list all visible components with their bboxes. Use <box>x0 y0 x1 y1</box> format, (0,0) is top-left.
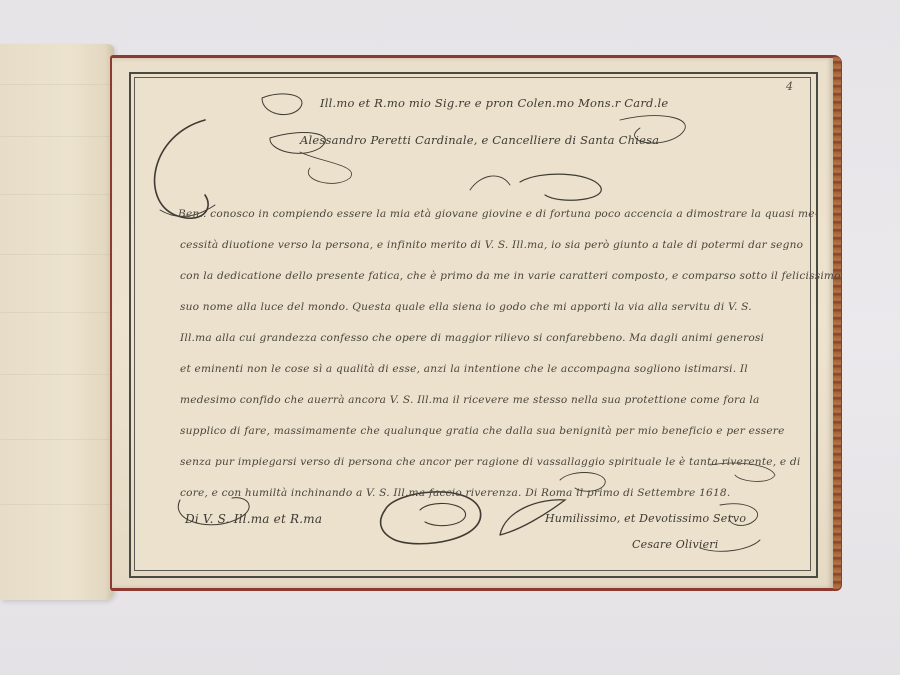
open-book: 4 Ill.mo et R.mo mio Sig.re e pron <box>0 0 900 675</box>
gilt-page-edge <box>833 57 841 589</box>
body-line: core, e con humiltà inchinando a V. S. I… <box>180 487 730 499</box>
page-number: 4 <box>786 80 793 93</box>
body-line: Ben.. conosco in compiendo essere la mia… <box>178 208 819 220</box>
closing-address: Di V. S. Ill.ma et R.ma <box>185 512 322 526</box>
salutation-line-1: Ill.mo et R.mo mio Sig.re e pron Colen.m… <box>320 96 668 110</box>
salutation-line-2: Alessandro Peretti Cardinale, e Cancelli… <box>300 133 659 147</box>
body-line: et eminenti non le cose sì a qualità di … <box>180 363 748 375</box>
signature-name: Cesare Olivieri <box>632 538 718 551</box>
body-line: Ill.ma alla cui grandezza confesso che o… <box>180 332 764 344</box>
body-line: medesimo confido che auerrà ancora V. S.… <box>180 394 760 406</box>
body-line: senza pur impiegarsi verso di persona ch… <box>180 456 801 468</box>
left-page-blank <box>0 44 114 600</box>
body-line: supplico di fare, massimamente che qualu… <box>180 425 785 437</box>
signature-line-1: Humilissimo, et Devotissimo Servo <box>545 512 746 525</box>
body-line: suo nome alla luce del mondo. Questa qua… <box>180 301 752 313</box>
body-line: cessità diuotione verso la persona, e in… <box>180 239 803 251</box>
body-line: con la dedicatione dello presente fatica… <box>180 270 841 282</box>
